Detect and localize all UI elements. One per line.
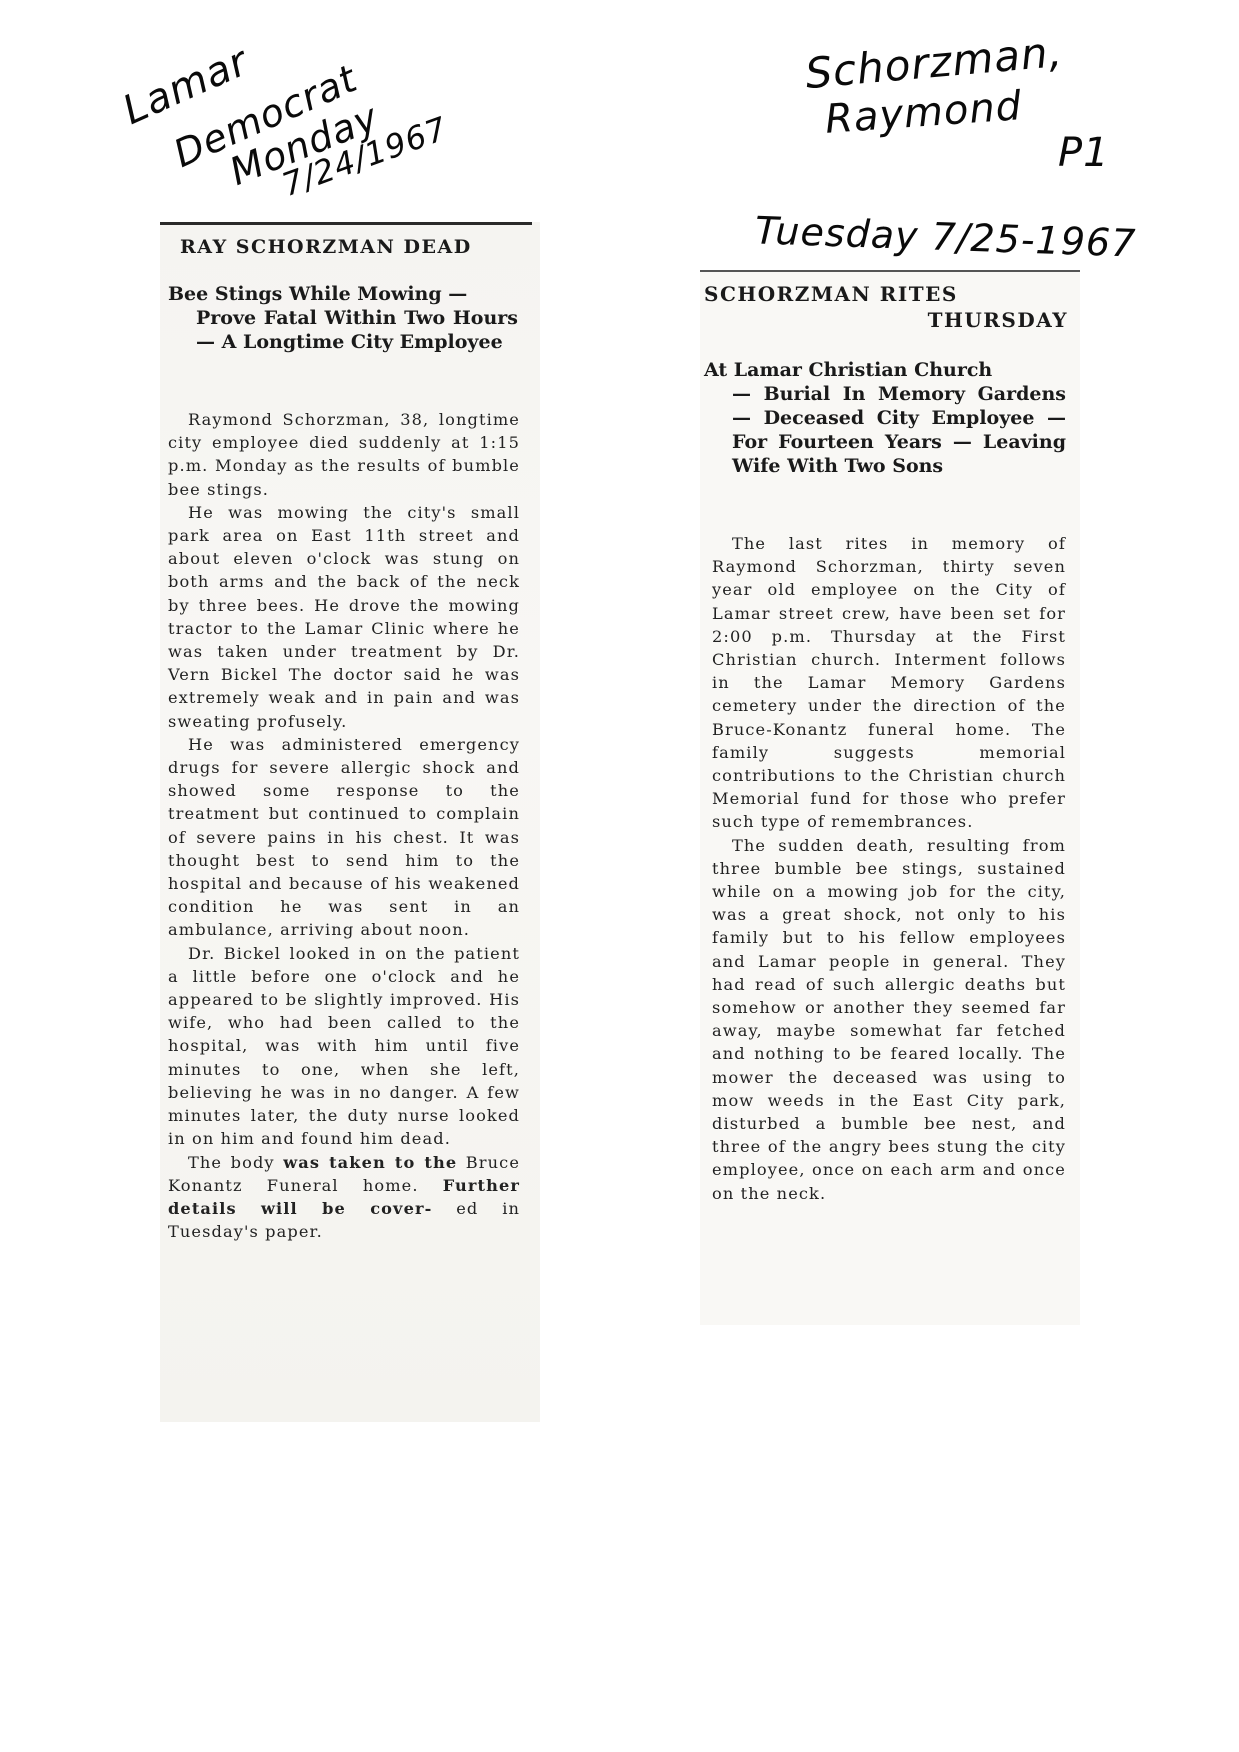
column-rule <box>160 222 532 225</box>
deck-continuation: Prove Fatal Within Two Hours — A Longtim… <box>168 306 518 354</box>
article-body: Raymond Schorzman, 38, longtime city emp… <box>168 408 520 1243</box>
article-headline-line-2: THURSDAY <box>928 308 1068 332</box>
paragraph-final: The body was taken to the Bruce Konantz … <box>168 1151 520 1244</box>
deck-first-line: At Lamar Christian Church <box>704 358 1066 382</box>
paragraph: The last rites in memory of Raymond Scho… <box>712 532 1066 834</box>
deck-continuation: — Burial In Memory Gardens — Deceased Ci… <box>704 382 1066 478</box>
article-headline: SCHORZMAN RITES <box>704 282 958 306</box>
article-body: The last rites in memory of Raymond Scho… <box>712 532 1066 1205</box>
paragraph: Raymond Schorzman, 38, longtime city emp… <box>168 408 520 501</box>
article-deck: At Lamar Christian Church — Burial In Me… <box>704 358 1066 478</box>
text-run-bold: was taken to the <box>283 1153 457 1172</box>
paragraph: He was administered emergency drugs for … <box>168 733 520 942</box>
handwritten-date-right: Tuesday 7/25-1967 <box>754 208 1137 265</box>
deck-first-line: Bee Stings While Mowing — <box>168 282 518 306</box>
article-deck: Bee Stings While Mowing — Prove Fatal Wi… <box>168 282 518 354</box>
handwritten-surname: Schorzman, <box>803 27 1064 98</box>
article-headline: RAY SCHORZMAN DEAD <box>180 236 472 258</box>
paragraph: The sudden death, resulting from three b… <box>712 834 1066 1205</box>
paragraph: Dr. Bickel looked in on the patient a li… <box>168 942 520 1151</box>
clipping-obituary: RAY SCHORZMAN DEAD Bee Stings While Mowi… <box>160 222 540 1422</box>
paragraph: He was mowing the city's small park area… <box>168 501 520 733</box>
clipping-funeral-notice: SCHORZMAN RITES THURSDAY At Lamar Christ… <box>700 270 1080 1325</box>
handwritten-page-number: P1 <box>1058 130 1110 176</box>
text-run: The body <box>188 1153 283 1172</box>
column-rule <box>700 270 1080 272</box>
